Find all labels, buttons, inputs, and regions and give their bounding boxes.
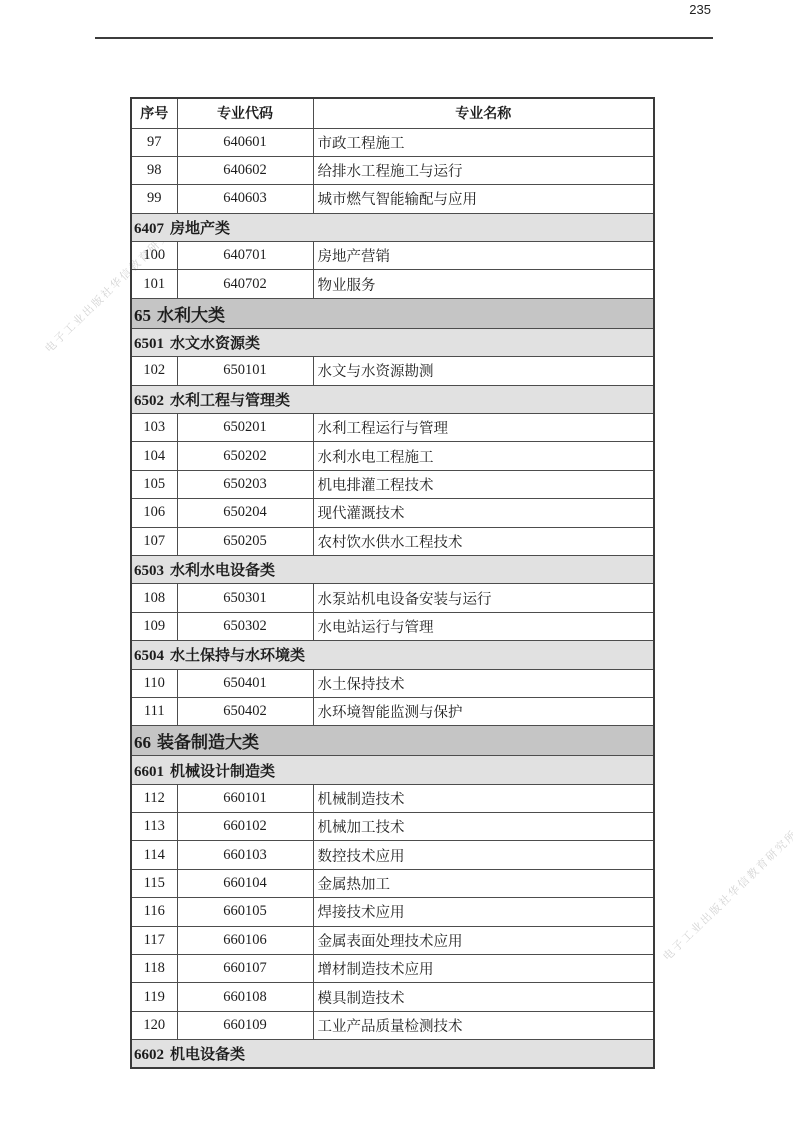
code-cell: 660103 xyxy=(177,841,313,869)
code-cell: 650301 xyxy=(177,584,313,612)
serial-cell: 113 xyxy=(131,813,177,841)
section-cell: 6504水土保持与水环境类 xyxy=(131,641,654,669)
code-cell: 650204 xyxy=(177,499,313,527)
code-cell: 640603 xyxy=(177,185,313,213)
name-cell: 市政工程施工 xyxy=(313,128,654,156)
code-cell: 660102 xyxy=(177,813,313,841)
table-row: 105650203机电排灌工程技术 xyxy=(131,470,654,498)
code-cell: 660105 xyxy=(177,898,313,926)
section-row: 6601机械设计制造类 xyxy=(131,756,654,784)
name-cell: 数控技术应用 xyxy=(313,841,654,869)
code-cell: 660104 xyxy=(177,869,313,897)
serial-cell: 109 xyxy=(131,612,177,640)
serial-cell: 104 xyxy=(131,442,177,470)
name-cell: 水利水电工程施工 xyxy=(313,442,654,470)
code-cell: 650201 xyxy=(177,414,313,442)
table-row: 97640601市政工程施工 xyxy=(131,128,654,156)
name-cell: 现代灌溉技术 xyxy=(313,499,654,527)
section-row: 6502水利工程与管理类 xyxy=(131,385,654,413)
section-number: 66 xyxy=(134,733,151,752)
publisher-watermark: 电子工业出版社华信教育研究所 xyxy=(659,826,793,964)
section-number: 6601 xyxy=(134,764,164,780)
table-row: 109650302水电站运行与管理 xyxy=(131,612,654,640)
section-cell: 6501水文水资源类 xyxy=(131,328,654,356)
serial-cell: 97 xyxy=(131,128,177,156)
table-row: 104650202水利水电工程施工 xyxy=(131,442,654,470)
section-title: 水利工程与管理类 xyxy=(170,392,290,409)
serial-cell: 110 xyxy=(131,669,177,697)
majors-table: 序号专业代码专业名称97640601市政工程施工98640602给排水工程施工与… xyxy=(130,97,655,1069)
page-number: 235 xyxy=(0,2,711,17)
code-cell: 640702 xyxy=(177,270,313,298)
section-title: 水利水电设备类 xyxy=(170,562,275,579)
table-row: 120660109工业产品质量检测技术 xyxy=(131,1011,654,1039)
section-row: 6602机电设备类 xyxy=(131,1040,654,1068)
name-cell: 金属表面处理技术应用 xyxy=(313,926,654,954)
section-cell: 65水利大类 xyxy=(131,298,654,328)
name-cell: 工业产品质量检测技术 xyxy=(313,1011,654,1039)
document-page: 235 电子工业出版社华信教育研究所 电子工业出版社华信教育研究所 序号专业代码… xyxy=(0,0,793,1122)
table-row: 98640602给排水工程施工与运行 xyxy=(131,156,654,184)
name-cell: 机械加工技术 xyxy=(313,813,654,841)
column-header: 专业名称 xyxy=(313,98,654,128)
section-title: 水文水资源类 xyxy=(170,335,260,352)
name-cell: 水利工程运行与管理 xyxy=(313,414,654,442)
code-cell: 650302 xyxy=(177,612,313,640)
table-row: 101640702物业服务 xyxy=(131,270,654,298)
code-cell: 650401 xyxy=(177,669,313,697)
name-cell: 给排水工程施工与运行 xyxy=(313,156,654,184)
section-title: 机电设备类 xyxy=(170,1046,245,1063)
name-cell: 水泵站机电设备安装与运行 xyxy=(313,584,654,612)
serial-cell: 108 xyxy=(131,584,177,612)
section-number: 6407 xyxy=(134,221,164,237)
table-row: 102650101水文与水资源勘测 xyxy=(131,357,654,385)
serial-cell: 111 xyxy=(131,697,177,725)
section-title: 水土保持与水环境类 xyxy=(170,647,305,664)
code-cell: 650205 xyxy=(177,527,313,555)
name-cell: 金属热加工 xyxy=(313,869,654,897)
section-cell: 6502水利工程与管理类 xyxy=(131,385,654,413)
name-cell: 物业服务 xyxy=(313,270,654,298)
section-title: 房地产类 xyxy=(170,220,230,237)
section-row: 6503水利水电设备类 xyxy=(131,555,654,583)
section-number: 6503 xyxy=(134,563,164,579)
serial-cell: 117 xyxy=(131,926,177,954)
table-row: 115660104金属热加工 xyxy=(131,869,654,897)
section-row: 6501水文水资源类 xyxy=(131,328,654,356)
section-cell: 6602机电设备类 xyxy=(131,1040,654,1068)
section-row: 6407房地产类 xyxy=(131,213,654,241)
major-section-row: 66装备制造大类 xyxy=(131,726,654,756)
name-cell: 农村饮水供水工程技术 xyxy=(313,527,654,555)
name-cell: 水文与水资源勘测 xyxy=(313,357,654,385)
section-cell: 66装备制造大类 xyxy=(131,726,654,756)
code-cell: 640601 xyxy=(177,128,313,156)
section-cell: 6601机械设计制造类 xyxy=(131,756,654,784)
table-row: 99640603城市燃气智能输配与应用 xyxy=(131,185,654,213)
column-header: 专业代码 xyxy=(177,98,313,128)
serial-cell: 102 xyxy=(131,357,177,385)
code-cell: 650101 xyxy=(177,357,313,385)
name-cell: 城市燃气智能输配与应用 xyxy=(313,185,654,213)
section-cell: 6407房地产类 xyxy=(131,213,654,241)
name-cell: 水电站运行与管理 xyxy=(313,612,654,640)
table-row: 107650205农村饮水供水工程技术 xyxy=(131,527,654,555)
serial-cell: 116 xyxy=(131,898,177,926)
serial-cell: 98 xyxy=(131,156,177,184)
major-section-row: 65水利大类 xyxy=(131,298,654,328)
header-rule xyxy=(95,37,713,39)
column-header: 序号 xyxy=(131,98,177,128)
serial-cell: 118 xyxy=(131,955,177,983)
section-number: 6504 xyxy=(134,648,164,664)
table-row: 117660106金属表面处理技术应用 xyxy=(131,926,654,954)
name-cell: 水环境智能监测与保护 xyxy=(313,697,654,725)
serial-cell: 105 xyxy=(131,470,177,498)
section-title: 机械设计制造类 xyxy=(170,763,275,780)
code-cell: 650203 xyxy=(177,470,313,498)
serial-cell: 120 xyxy=(131,1011,177,1039)
code-cell: 660106 xyxy=(177,926,313,954)
serial-cell: 101 xyxy=(131,270,177,298)
code-cell: 660109 xyxy=(177,1011,313,1039)
code-cell: 660107 xyxy=(177,955,313,983)
table-row: 108650301水泵站机电设备安装与运行 xyxy=(131,584,654,612)
table-row: 106650204现代灌溉技术 xyxy=(131,499,654,527)
serial-cell: 119 xyxy=(131,983,177,1011)
serial-cell: 100 xyxy=(131,242,177,270)
code-cell: 660101 xyxy=(177,784,313,812)
serial-cell: 114 xyxy=(131,841,177,869)
section-title: 水利大类 xyxy=(157,306,225,325)
section-title: 装备制造大类 xyxy=(157,733,259,752)
section-number: 65 xyxy=(134,306,151,325)
table-row: 116660105焊接技术应用 xyxy=(131,898,654,926)
serial-cell: 99 xyxy=(131,185,177,213)
name-cell: 机电排灌工程技术 xyxy=(313,470,654,498)
serial-cell: 103 xyxy=(131,414,177,442)
table-row: 118660107增材制造技术应用 xyxy=(131,955,654,983)
table-row: 112660101机械制造技术 xyxy=(131,784,654,812)
serial-cell: 112 xyxy=(131,784,177,812)
table-header-row: 序号专业代码专业名称 xyxy=(131,98,654,128)
section-number: 6501 xyxy=(134,336,164,352)
table-row: 111650402水环境智能监测与保护 xyxy=(131,697,654,725)
section-number: 6502 xyxy=(134,393,164,409)
name-cell: 模具制造技术 xyxy=(313,983,654,1011)
serial-cell: 107 xyxy=(131,527,177,555)
code-cell: 650402 xyxy=(177,697,313,725)
code-cell: 640602 xyxy=(177,156,313,184)
serial-cell: 115 xyxy=(131,869,177,897)
table-row: 103650201水利工程运行与管理 xyxy=(131,414,654,442)
table-row: 113660102机械加工技术 xyxy=(131,813,654,841)
name-cell: 水土保持技术 xyxy=(313,669,654,697)
name-cell: 机械制造技术 xyxy=(313,784,654,812)
table-row: 119660108模具制造技术 xyxy=(131,983,654,1011)
table-row: 110650401水土保持技术 xyxy=(131,669,654,697)
section-number: 6602 xyxy=(134,1047,164,1063)
name-cell: 房地产营销 xyxy=(313,242,654,270)
code-cell: 640701 xyxy=(177,242,313,270)
section-row: 6504水土保持与水环境类 xyxy=(131,641,654,669)
serial-cell: 106 xyxy=(131,499,177,527)
table-row: 114660103数控技术应用 xyxy=(131,841,654,869)
code-cell: 650202 xyxy=(177,442,313,470)
table-row: 100640701房地产营销 xyxy=(131,242,654,270)
code-cell: 660108 xyxy=(177,983,313,1011)
section-cell: 6503水利水电设备类 xyxy=(131,555,654,583)
name-cell: 焊接技术应用 xyxy=(313,898,654,926)
name-cell: 增材制造技术应用 xyxy=(313,955,654,983)
